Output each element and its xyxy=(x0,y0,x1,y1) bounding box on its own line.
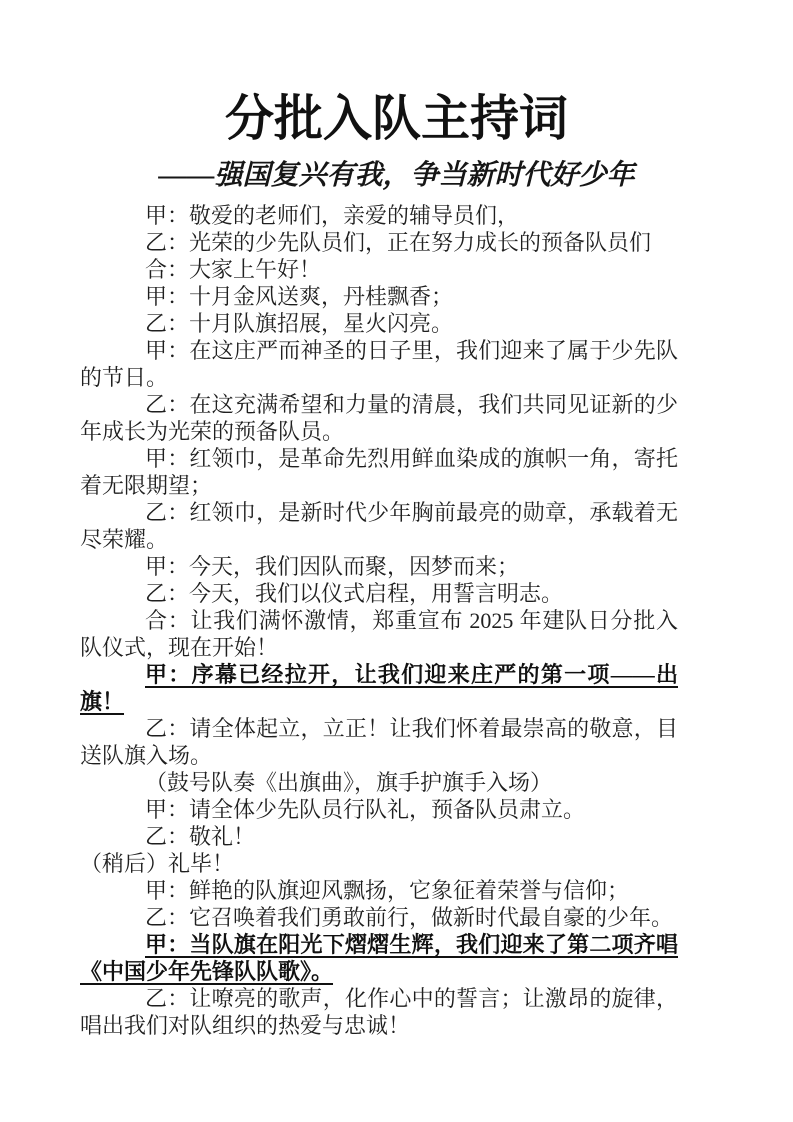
script-line: （稍后）礼毕！ xyxy=(80,850,678,877)
script-line: 乙：它召唤着我们勇敢前行，做新时代最自豪的少年。 xyxy=(80,904,678,931)
script-line: 乙：今天，我们以仪式启程，用誓言明志。 xyxy=(80,580,678,607)
script-line: 乙：让嘹亮的歌声，化作心中的誓言；让激昂的旋律，唱出我们对队组织的热爱与忠诚！ xyxy=(80,985,678,1039)
script-line: 乙：红领巾，是新时代少年胸前最亮的勋章，承载着无尽荣耀。 xyxy=(80,499,678,553)
script-line: 甲：十月金风送爽，丹桂飘香； xyxy=(80,283,678,310)
script-line: （鼓号队奏《出旗曲》，旗手护旗手入场） xyxy=(80,769,678,796)
document-subtitle: ——强国复兴有我，争当新时代好少年 xyxy=(0,156,793,196)
script-line: 甲：敬爱的老师们，亲爱的辅导员们， xyxy=(80,202,678,229)
script-line: 甲：序幕已经拉开，让我们迎来庄严的第一项——出旗！ xyxy=(80,661,678,715)
script-line: 乙：在这充满希望和力量的清晨，我们共同见证新的少年成长为光荣的预备队员。 xyxy=(80,391,678,445)
script-line: 乙：十月队旗招展，星火闪亮。 xyxy=(80,310,678,337)
script-body: 甲：敬爱的老师们，亲爱的辅导员们，乙：光荣的少先队员们，正在努力成长的预备队员们… xyxy=(80,202,678,1039)
script-line: 甲：请全体少先队员行队礼，预备队员肃立。 xyxy=(80,796,678,823)
script-line: 甲：鲜艳的队旗迎风飘扬，它象征着荣誉与信仰； xyxy=(80,877,678,904)
document-page: 分批入队主持词 ——强国复兴有我，争当新时代好少年 甲：敬爱的老师们，亲爱的辅导… xyxy=(0,0,793,1122)
script-line: 甲：今天，我们因队而聚，因梦而来； xyxy=(80,553,678,580)
script-line: 合：让我们满怀激情，郑重宣布 2025 年建队日分批入队仪式，现在开始！ xyxy=(80,607,678,661)
script-line: 乙：请全体起立，立正！让我们怀着最崇高的敬意，目送队旗入场。 xyxy=(80,715,678,769)
script-line: 乙：光荣的少先队员们，正在努力成长的预备队员们 xyxy=(80,229,678,256)
script-line: 合：大家上午好！ xyxy=(80,256,678,283)
script-line: 乙：敬礼！ xyxy=(80,823,678,850)
document-title: 分批入队主持词 xyxy=(0,82,793,156)
script-line: 甲：当队旗在阳光下熠熠生辉，我们迎来了第二项齐唱《中国少年先锋队队歌》。 xyxy=(80,931,678,985)
script-line: 甲：红领巾，是革命先烈用鲜血染成的旗帜一角，寄托着无限期望； xyxy=(80,445,678,499)
script-line: 甲：在这庄严而神圣的日子里，我们迎来了属于少先队的节日。 xyxy=(80,337,678,391)
